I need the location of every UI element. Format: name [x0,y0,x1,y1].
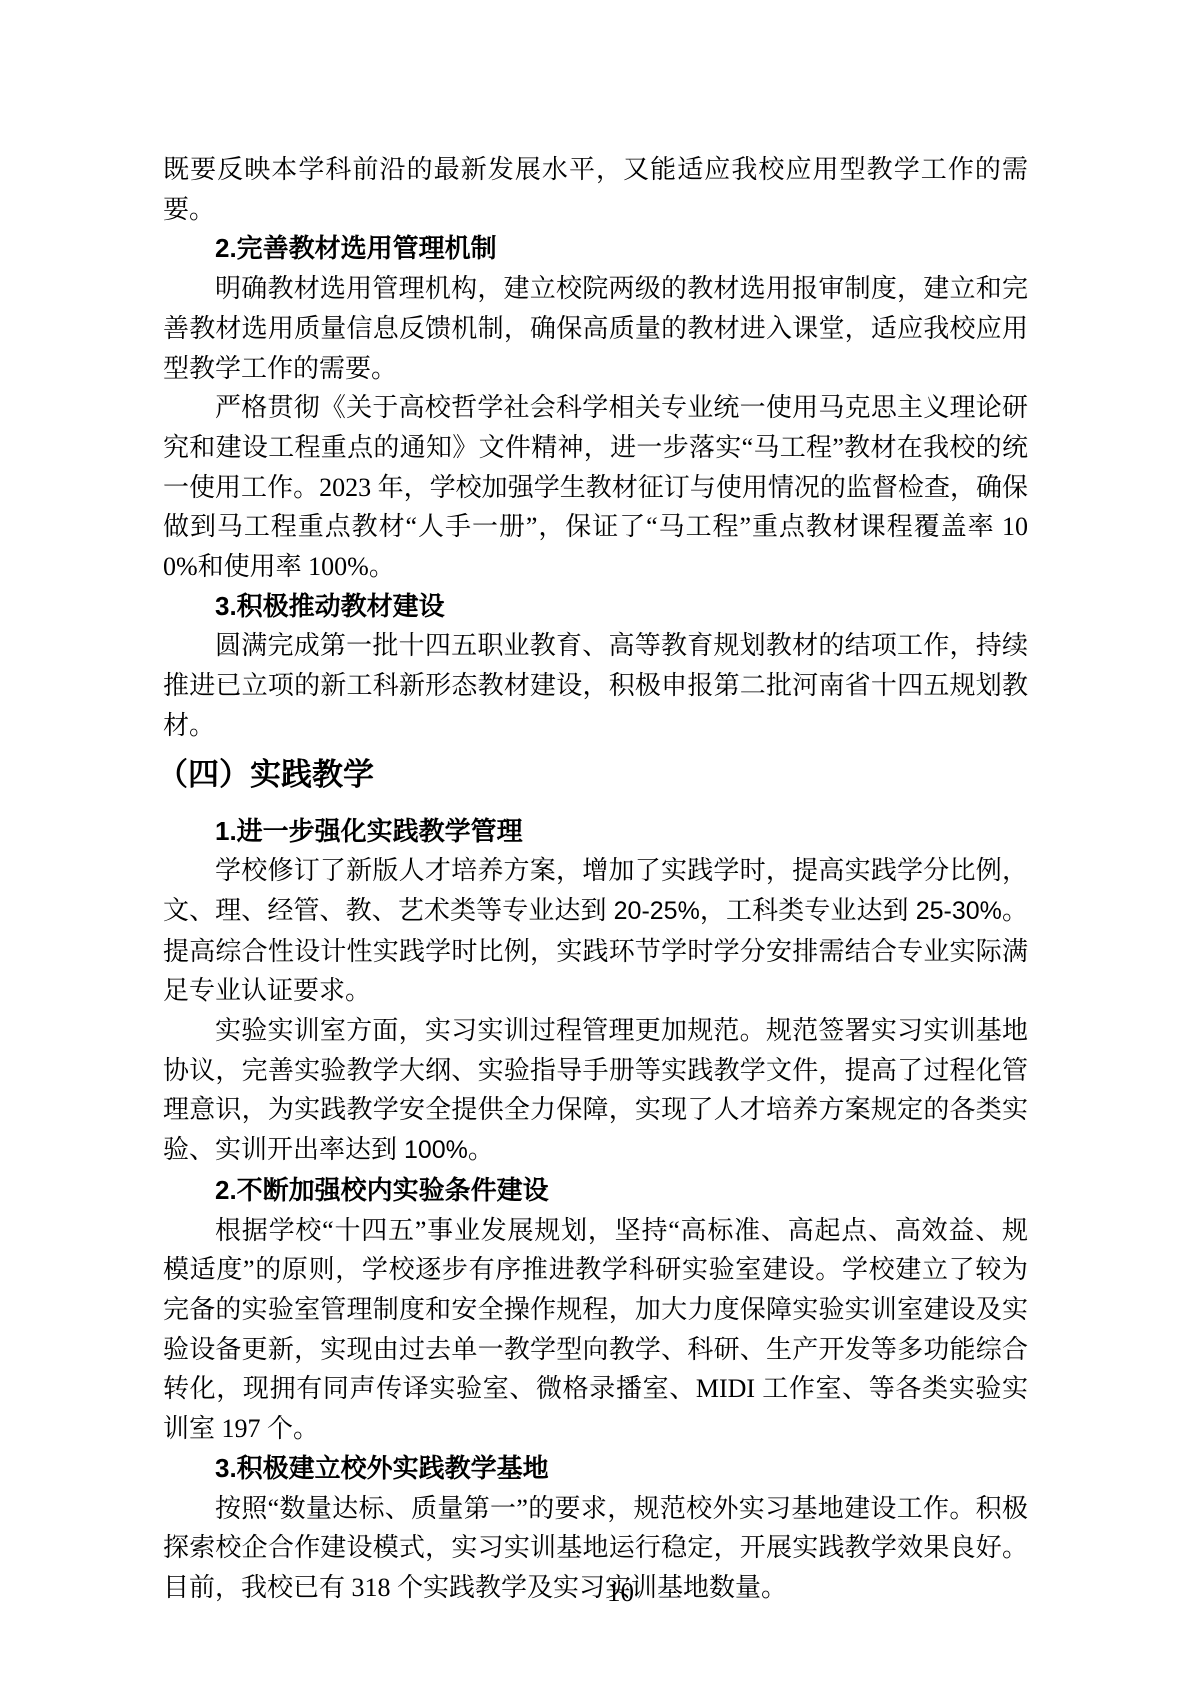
subheading: 2.不断加强校内实验条件建设 [163,1171,1028,1211]
body: 圆满完成第一批十四五职业教育、高等教育规划教材的结项工作，持续推进已立项的新工科… [163,626,1028,745]
body-continuation: 既要反映本学科前沿的最新发展水平，又能适应我校应用型教学工作的需要。 [163,150,1028,229]
latin-text: 100% [397,1136,468,1164]
latin-text: 25-30% [909,897,1002,925]
document-body: 既要反映本学科前沿的最新发展水平，又能适应我校应用型教学工作的需要。2.完善教材… [163,150,1028,1608]
subheading: 1.进一步强化实践教学管理 [163,812,1028,852]
page-number: 10 [50,1575,1191,1609]
body: 严格贯彻《关于高校哲学社会科学相关专业统一使用马克思主义理论研究和建设工程重点的… [163,388,1028,587]
body: 根据学校“十四五”事业发展规划，坚持“高标准、高起点、高效益、规模适度”的原则，… [163,1211,1028,1449]
subheading: 3.积极建立校外实践教学基地 [163,1449,1028,1489]
subheading: 2.完善教材选用管理机制 [163,229,1028,269]
body: 实验实训室方面，实习实训过程管理更加规范。规范签署实习实训基地协议，完善实验教学… [163,1011,1028,1171]
section-heading: （四）实践教学 [157,751,1028,799]
latin-text: 20-25% [607,897,700,925]
document-page: 既要反映本学科前沿的最新发展水平，又能适应我校应用型教学工作的需要。2.完善教材… [0,0,1191,1684]
body: 明确教材选用管理机构，建立校院两级的教材选用报审制度，建立和完善教材选用质量信息… [163,269,1028,388]
body: 学校修订了新版人才培养方案，增加了实践学时，提高实践学分比例，文、理、经管、教、… [163,851,1028,1011]
subheading: 3.积极推动教材建设 [163,587,1028,627]
